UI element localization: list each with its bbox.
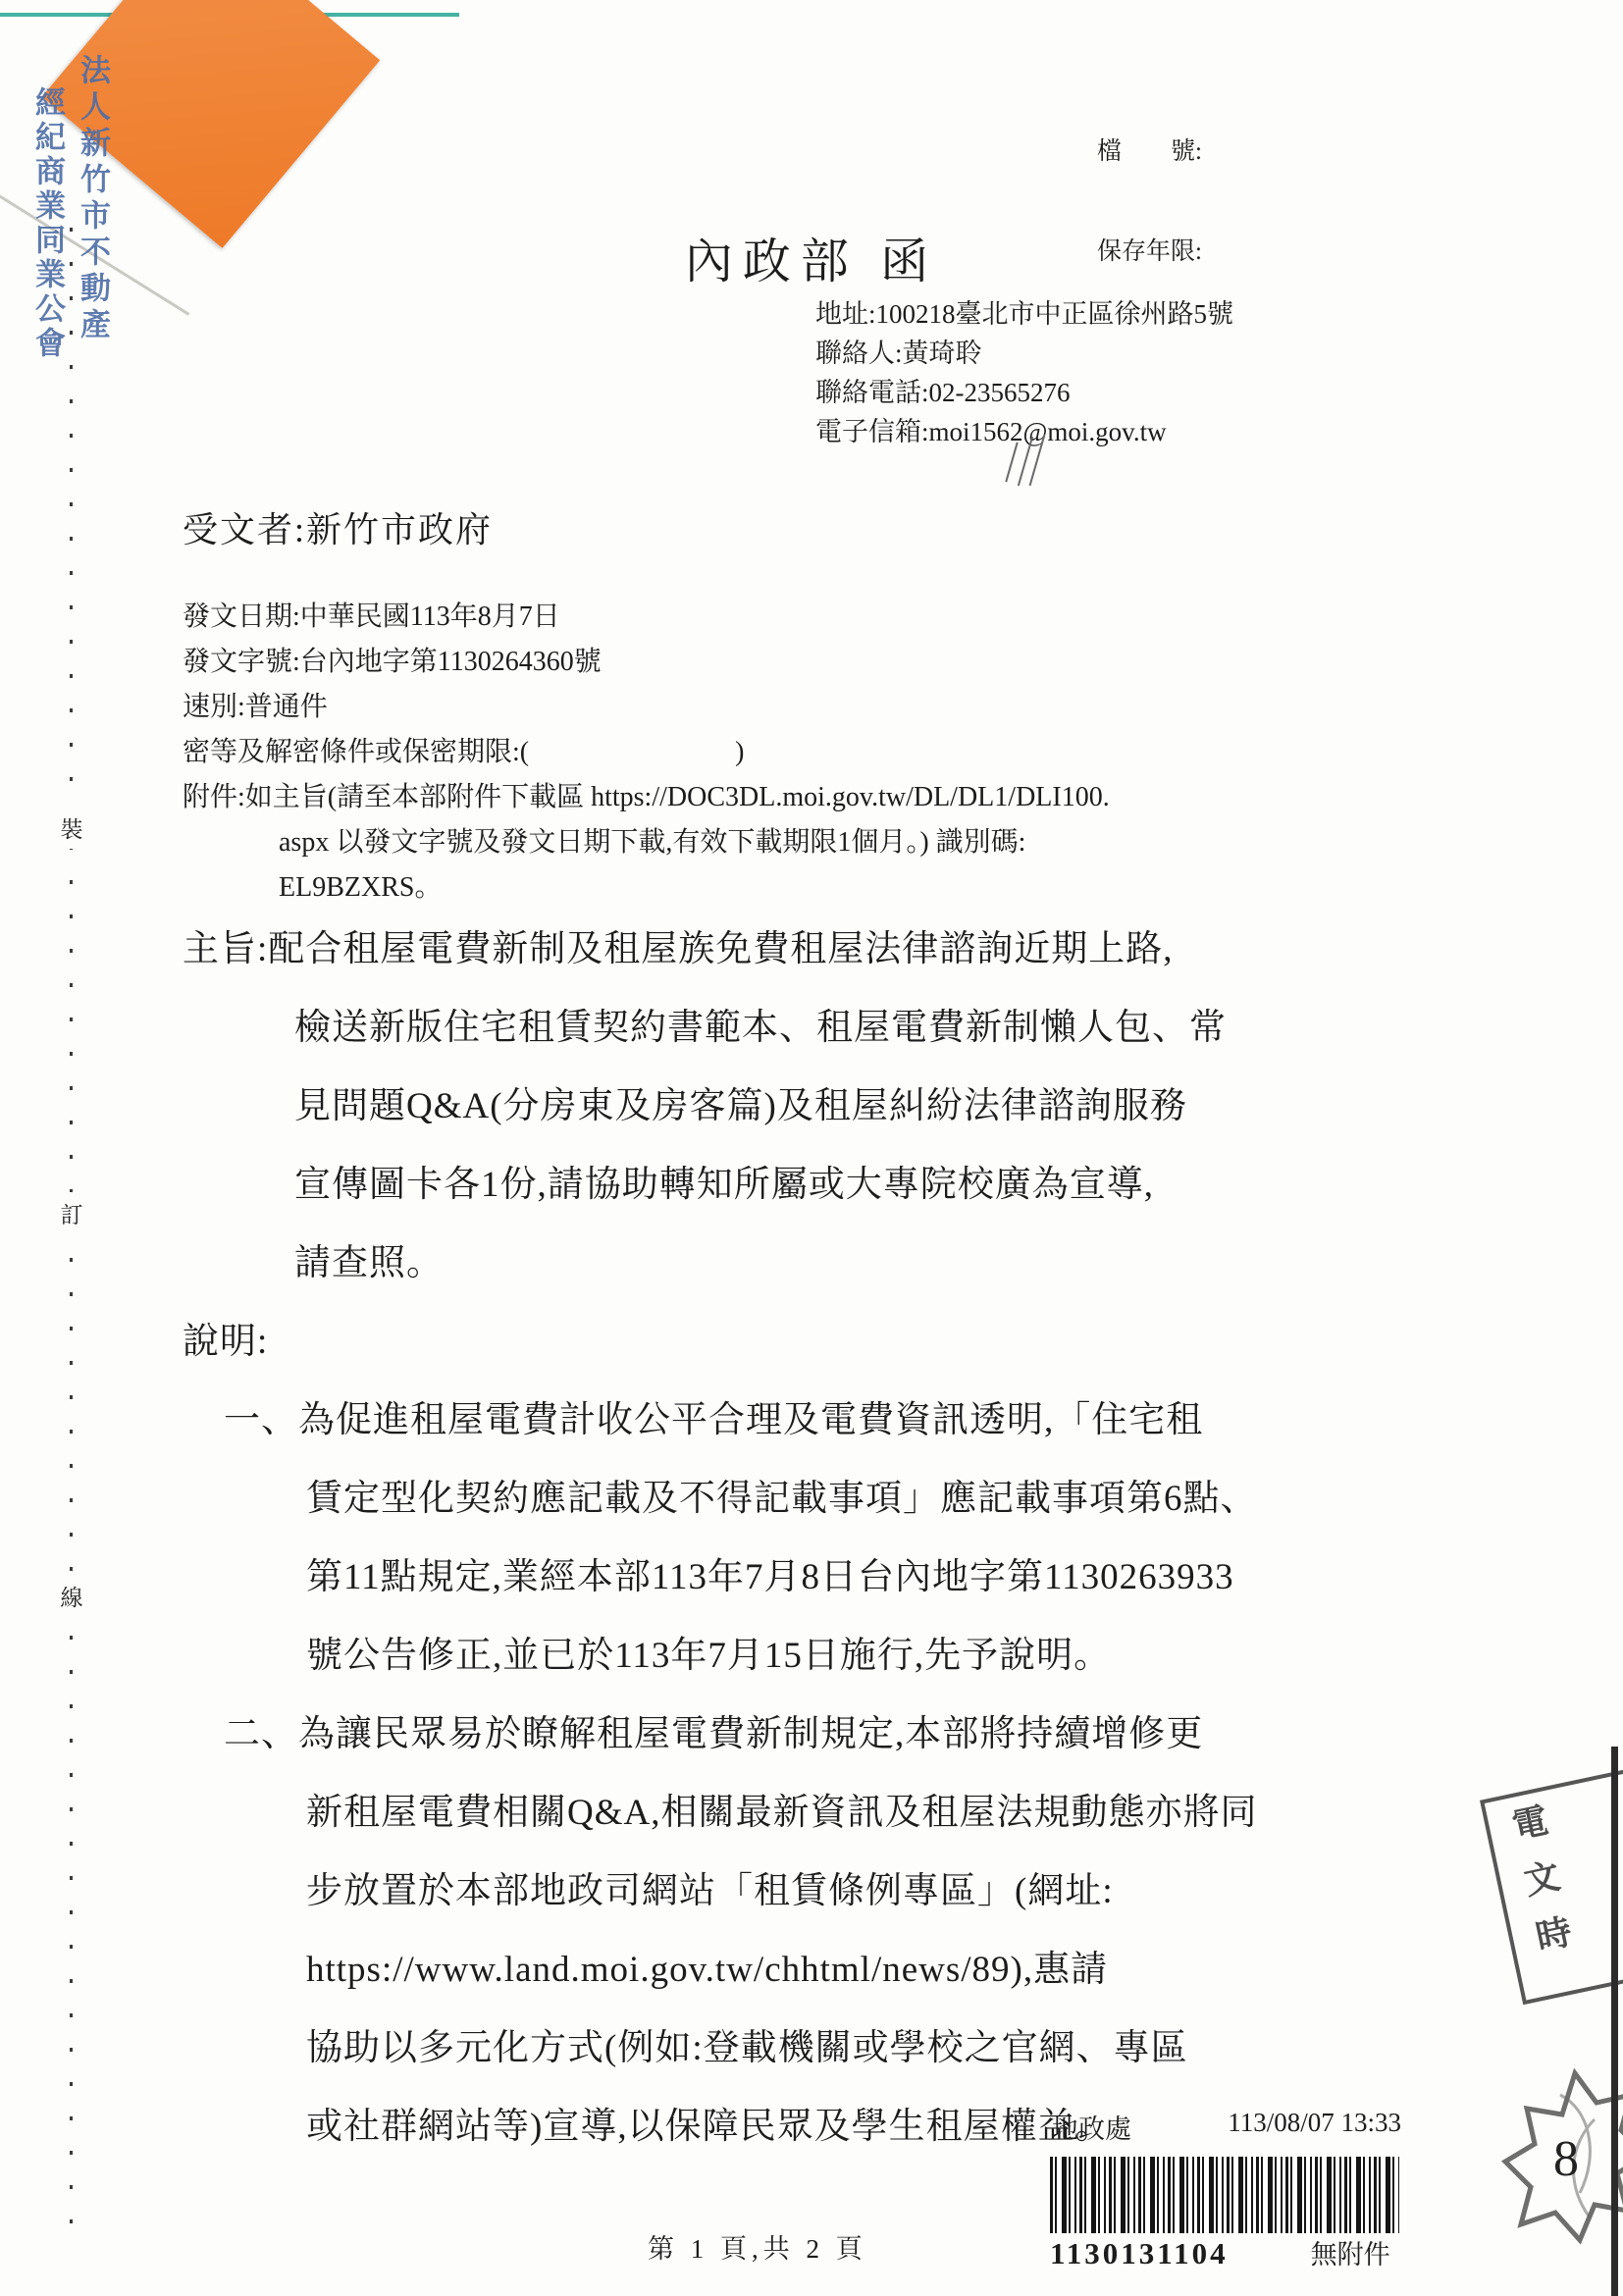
electronic-exchange-stamp: 交換 電文時 xyxy=(1480,1760,1623,2006)
letter-body: 主旨:配合租屋電費新制及租屋族免費租屋法律諮詢近期上路, 檢送新版住宅租賃契約書… xyxy=(183,911,1458,2166)
subject-line: 宣傳圖卡各1份,請協助轉知所屬或大專院校廣為宣導, xyxy=(183,1146,1458,1225)
doc-number-line: 發文字號:台內地字第1130264360號 xyxy=(183,640,1110,685)
document-meta-block: 發文日期:中華民國113年8月7日 發文字號:台內地字第1130264360號 … xyxy=(183,595,1110,911)
subject-line: 見問題Q&A(分房東及房客篇)及租屋糾紛法律諮詢服務 xyxy=(183,1068,1458,1146)
explanation-item1-line: 賃定型化契約應記載及不得記載事項」應記載事項第6點、 xyxy=(183,1460,1458,1539)
sender-address: 地址:100218臺北市中正區徐州路5號 xyxy=(815,294,1233,334)
issue-date-line: 發文日期:中華民國113年8月7日 xyxy=(183,595,1110,640)
attachment-id-code: EL9BZXRS。 xyxy=(183,865,1110,911)
security-class-line: 密等及解密條件或保密期限:( ) xyxy=(183,730,1110,775)
explanation-item2-line: 步放置於本部地政司網站「租賃條例專區」(網址: xyxy=(183,1852,1458,1931)
exchange-stamp-column-left: 電文時 xyxy=(1500,1800,1585,1977)
received-datetime: 113/08/07 13:33 xyxy=(1228,2108,1401,2146)
binding-mark-ding: 訂 xyxy=(55,1192,88,1234)
explanation-item2-line: https://www.land.moi.gov.tw/chhtml/news/… xyxy=(183,1931,1458,2009)
scanned-letter-page: 法人新竹市不動產 經紀商業同業公會 裝 訂 線 檔 號: 保存年限: 內政部 函… xyxy=(0,0,1623,2296)
sender-contact-person: 聯絡人:黃琦聆 xyxy=(815,334,1233,373)
binding-dotted-line xyxy=(70,228,73,2254)
explanation-item2-line: 協助以多元化方式(例如:登載機關或學校之官網、專區 xyxy=(183,2009,1458,2088)
subject-line: 請查照。 xyxy=(183,1225,1458,1303)
attachment-note: 無附件 xyxy=(1311,2233,1390,2271)
explanation-item1-line: 第11點規定,業經本部113年7月8日台內地字第1130263933 xyxy=(183,1539,1458,1617)
explanation-heading: 說明: xyxy=(183,1303,1458,1382)
seal-page-number: 8 xyxy=(1553,2131,1579,2187)
association-stamp-column-right: 法人新竹市不動產 xyxy=(71,54,115,344)
file-number-label: 檔 號: xyxy=(1097,135,1202,169)
receiving-office-row: 地政處 113/08/07 13:33 xyxy=(1052,2108,1401,2146)
explanation-item1-line: 號公告修正,並已於113年7月15日施行,先予說明。 xyxy=(183,1617,1458,1696)
sender-info-block: 地址:100218臺北市中正區徐州路5號 聯絡人:黃琦聆 聯絡電話:02-235… xyxy=(815,294,1233,451)
barcode xyxy=(1050,2157,1399,2233)
handwritten-mark xyxy=(1009,434,1048,493)
explanation-item2-line: 二、為讓民眾易於瞭解租屋電費新制規定,本部將持續增修更 xyxy=(183,1696,1458,1774)
binding-mark-xian: 線 xyxy=(55,1575,88,1617)
speed-class-line: 速別:普通件 xyxy=(183,685,1110,730)
attachment-line-continued: aspx 以發文字號及發文日期下載,有效下載期限1個月。) 識別碼: xyxy=(183,820,1110,865)
explanation-item2-line: 新租屋電費相關Q&A,相關最新資訊及租屋法規動態亦將同 xyxy=(183,1774,1458,1852)
scan-artifact-right-edge xyxy=(1611,1747,1618,2296)
document-title: 內政部 函 xyxy=(0,224,1623,292)
sender-phone: 聯絡電話:02-23565276 xyxy=(815,373,1233,412)
recipient-line: 受文者:新竹市政府 xyxy=(183,502,493,552)
subject-line: 主旨:配合租屋電費新制及租屋族免費租屋法律諮詢近期上路, xyxy=(183,911,1458,989)
flower-seal-stamp: 8 xyxy=(1501,2065,1623,2262)
page-number: 第 1 頁,共 2 頁 xyxy=(648,2227,867,2266)
binding-mark-zhuang: 裝 xyxy=(55,807,88,849)
attachment-line: 附件:如主旨(請至本部附件下載區 https://DOC3DL.moi.gov.… xyxy=(183,775,1110,820)
subject-line: 檢送新版住宅租賃契約書範本、租屋電費新制懶人包、常 xyxy=(183,989,1458,1068)
barcode-number: 1130131104 xyxy=(1050,2236,1229,2271)
barcode-caption-row: 1130131104 無附件 xyxy=(1050,2233,1399,2271)
explanation-item1-line: 一、為促進租屋電費計收公平合理及電費資訊透明,「住宅租 xyxy=(183,1382,1458,1460)
receiving-department: 地政處 xyxy=(1052,2108,1131,2146)
